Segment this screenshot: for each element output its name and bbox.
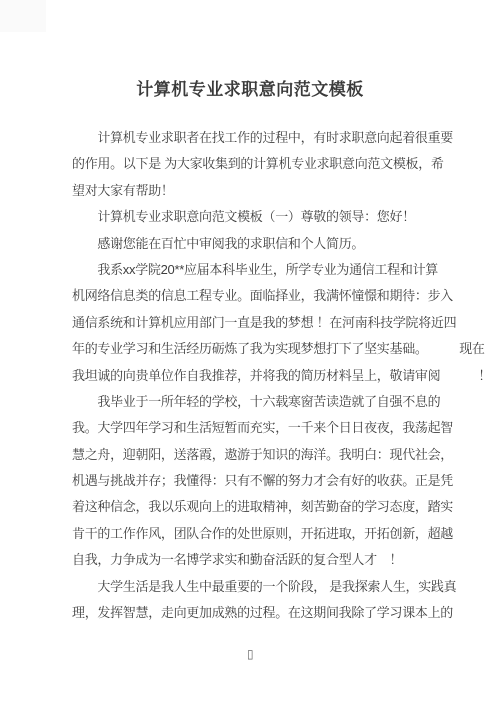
text-line: 感谢您能在百忙中审阅我的求职信和个人简历。: [72, 231, 472, 257]
text-line: 通信系统和计算机应用部门一直是我的梦想 ！在河南科技学院将近四: [72, 310, 472, 336]
corner-artifact: [0, 0, 46, 32]
text-line: 计算机专业求职者在找工作的过程中，有时求职意向起着很重要: [72, 125, 472, 151]
text-line: 理，发挥智慧，走向更加成熟的过程。在这期间我除了学习课本上的: [72, 600, 472, 626]
text-line: 自我，力争成为一名博学求实和勤奋活跃的复合型人才 ！: [72, 547, 472, 573]
text-line: 计算机专业求职意向范文模板（一）尊敬的领导：您好！: [72, 204, 472, 230]
document-page: 计算机专业求职意向范文模板 计算机专业求职者在找工作的过程中，有时求职意向起着很…: [0, 0, 500, 708]
document-body: 计算机专业求职者在找工作的过程中，有时求职意向起着很重要 的作用。以下是 为大家…: [72, 125, 472, 626]
text-line: 机网络信息类的信息工程专业。面临择业，我满怀憧憬和期待：步入: [72, 283, 472, 309]
page-title: 计算机专业求职意向范文模板: [0, 75, 500, 100]
text-line: 慧之舟，迎朝阳，送落霞，遨游于知识的海洋。我明白：现代社会，: [72, 442, 472, 468]
text-line: 我坦诚的向贵单位作自我推荐，并将我的简历材料呈上，敬请审阅 ！: [72, 363, 472, 389]
text-line: 着这种信念，我以乐观向上的进取精神，刻苦勤奋的学习态度，踏实: [72, 494, 472, 520]
text-line: 肯干的工作作风，团队合作的处世原则，开拓进取，开拓创新，超越: [72, 521, 472, 547]
text-line: 我毕业于一所年轻的学校，十六载寒窗苦读造就了自强不息的: [72, 389, 472, 415]
text-line: 望对大家有帮助！: [72, 178, 472, 204]
text-line: 的作用。以下是 为大家收集到的计算机专业求职意向范文模板，希: [72, 151, 472, 177]
text-line: 年的专业学习和生活经历砺炼了我为实现梦想打下了坚实基础。 现在: [72, 336, 472, 362]
text-line: 我。大学四年学习和生活短暂而充实，一千来个日日夜夜，我荡起智: [72, 415, 472, 441]
text-line: 大学生活是我人生中最重要的一个阶段， 是我探索人生，实践真: [72, 574, 472, 600]
missing-glyph-icon: ▯: [247, 647, 254, 661]
text-line: 机遇与挑战并存；我懂得：只有不懈的努力才会有好的收获。正是凭: [72, 468, 472, 494]
text-line: 我系xx学院20**应届本科毕业生，所学专业为通信工程和计算: [72, 257, 472, 283]
